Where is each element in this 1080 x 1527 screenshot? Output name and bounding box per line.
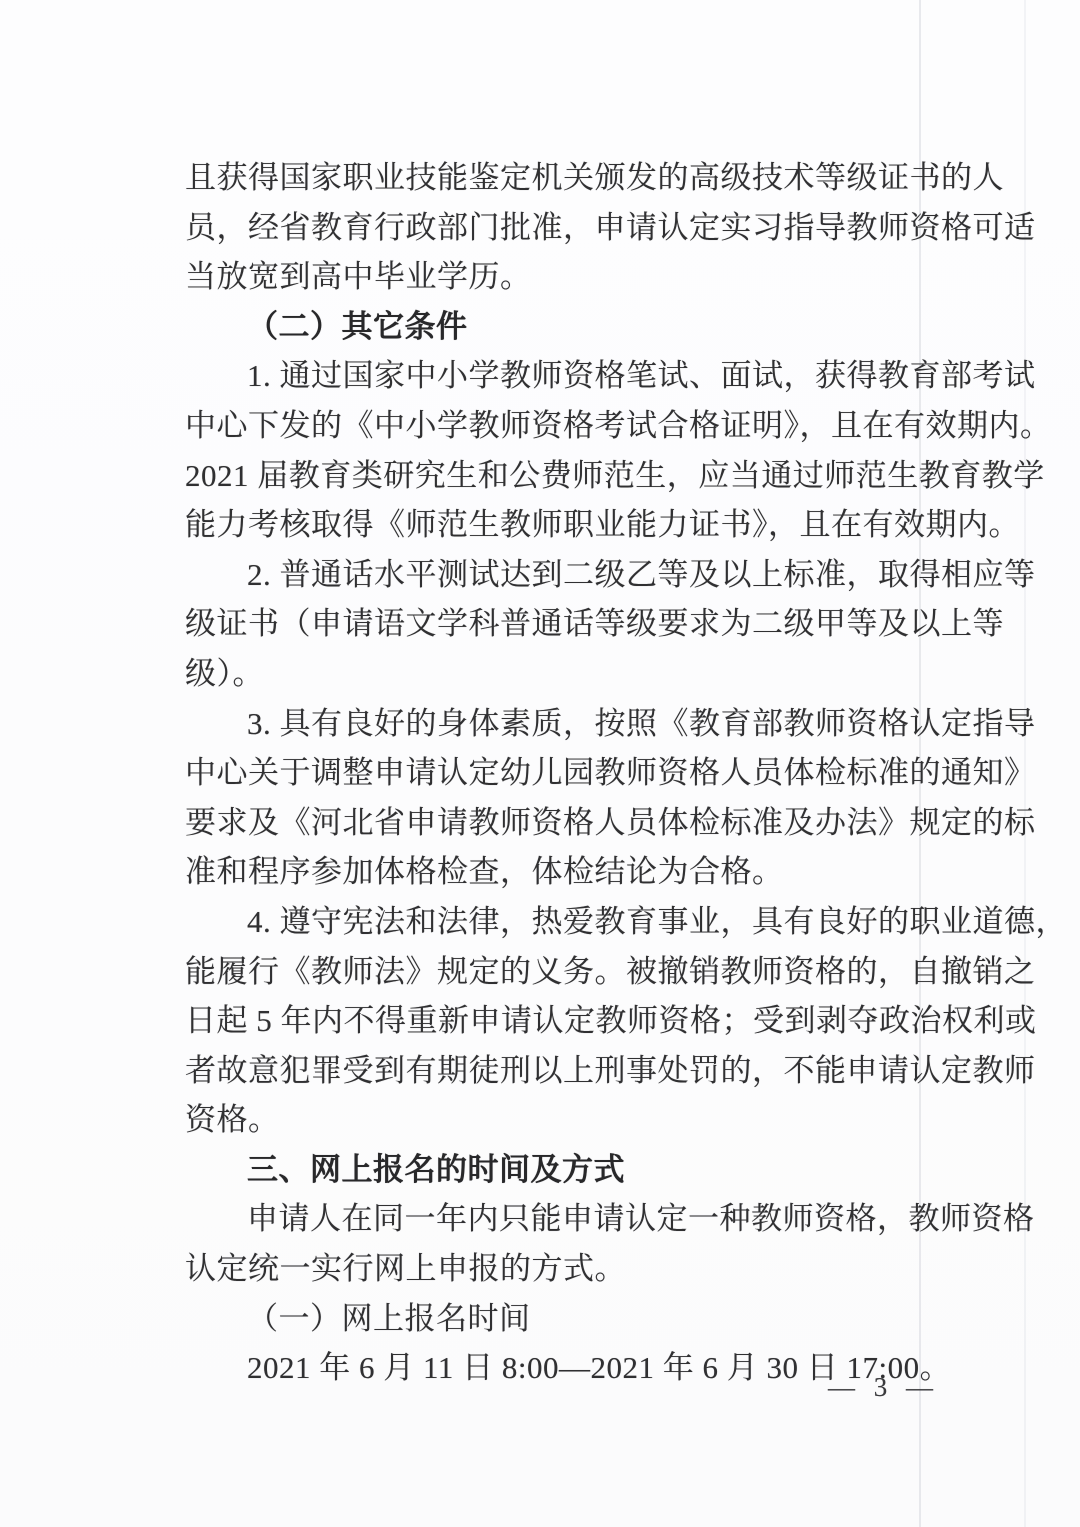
text-line: 且获得国家职业技能鉴定机关颁发的高级技术等级证书的人 [185, 153, 910, 203]
text-line: 2021 届教育类研究生和公费师范生，应当通过师范生教育教学 [185, 451, 910, 501]
text-line: 要求及《河北省申请教师资格人员体检标准及办法》规定的标 [185, 798, 910, 848]
section-heading-online-registration: 三、网上报名的时间及方式 [185, 1145, 910, 1195]
text-line: 当放宽到高中毕业学历。 [185, 252, 910, 302]
text-line: 能力考核取得《师范生教师职业能力证书》，且在有效期内。 [185, 500, 910, 550]
text-line: 申请人在同一年内只能申请认定一种教师资格，教师资格 [185, 1194, 910, 1244]
text-line: 者故意犯罪受到有期徒刑以上刑事处罚的，不能申请认定教师 [185, 1046, 910, 1096]
text-line: 资格。 [185, 1095, 910, 1145]
text-line: 级证书（申请语文学科普通话等级要求为二级甲等及以上等 [185, 599, 910, 649]
text-line: 级）。 [185, 649, 910, 699]
page-content: 且获得国家职业技能鉴定机关颁发的高级技术等级证书的人 员，经省教育行政部门批准，… [185, 153, 910, 1393]
subsection-heading-registration-time: （一）网上报名时间 [185, 1294, 910, 1344]
list-item-4: 4. 遵守宪法和法律，热爱教育事业，具有良好的职业道德， [185, 897, 910, 947]
list-item-3: 3. 具有良好的身体素质，按照《教育部教师资格认定指导 [185, 699, 910, 749]
section-heading-other-conditions: （二）其它条件 [185, 302, 910, 352]
page-number: — 3 — [828, 1372, 939, 1403]
document-page: 且获得国家职业技能鉴定机关颁发的高级技术等级证书的人 员，经省教育行政部门批准，… [0, 0, 1080, 1527]
text-line: 中心下发的《中小学教师资格考试合格证明》，且在有效期内。 [185, 401, 910, 451]
list-item-2: 2. 普通话水平测试达到二级乙等及以上标准，取得相应等 [185, 550, 910, 600]
list-item-1: 1. 通过国家中小学教师资格笔试、面试，获得教育部考试 [185, 351, 910, 401]
text-line: 能履行《教师法》规定的义务。被撤销教师资格的，自撤销之 [185, 947, 910, 997]
registration-time-range: 2021 年 6 月 11 日 8:00—2021 年 6 月 30 日 17:… [185, 1343, 910, 1393]
text-line: 准和程序参加体格检查，体检结论为合格。 [185, 847, 910, 897]
text-line: 认定统一实行网上申报的方式。 [185, 1244, 910, 1294]
text-line: 日起 5 年内不得重新申请认定教师资格；受到剥夺政治权利或 [185, 996, 910, 1046]
text-line: 员，经省教育行政部门批准，申请认定实习指导教师资格可适 [185, 203, 910, 253]
text-line: 中心关于调整申请认定幼儿园教师资格人员体检标准的通知》 [185, 748, 910, 798]
